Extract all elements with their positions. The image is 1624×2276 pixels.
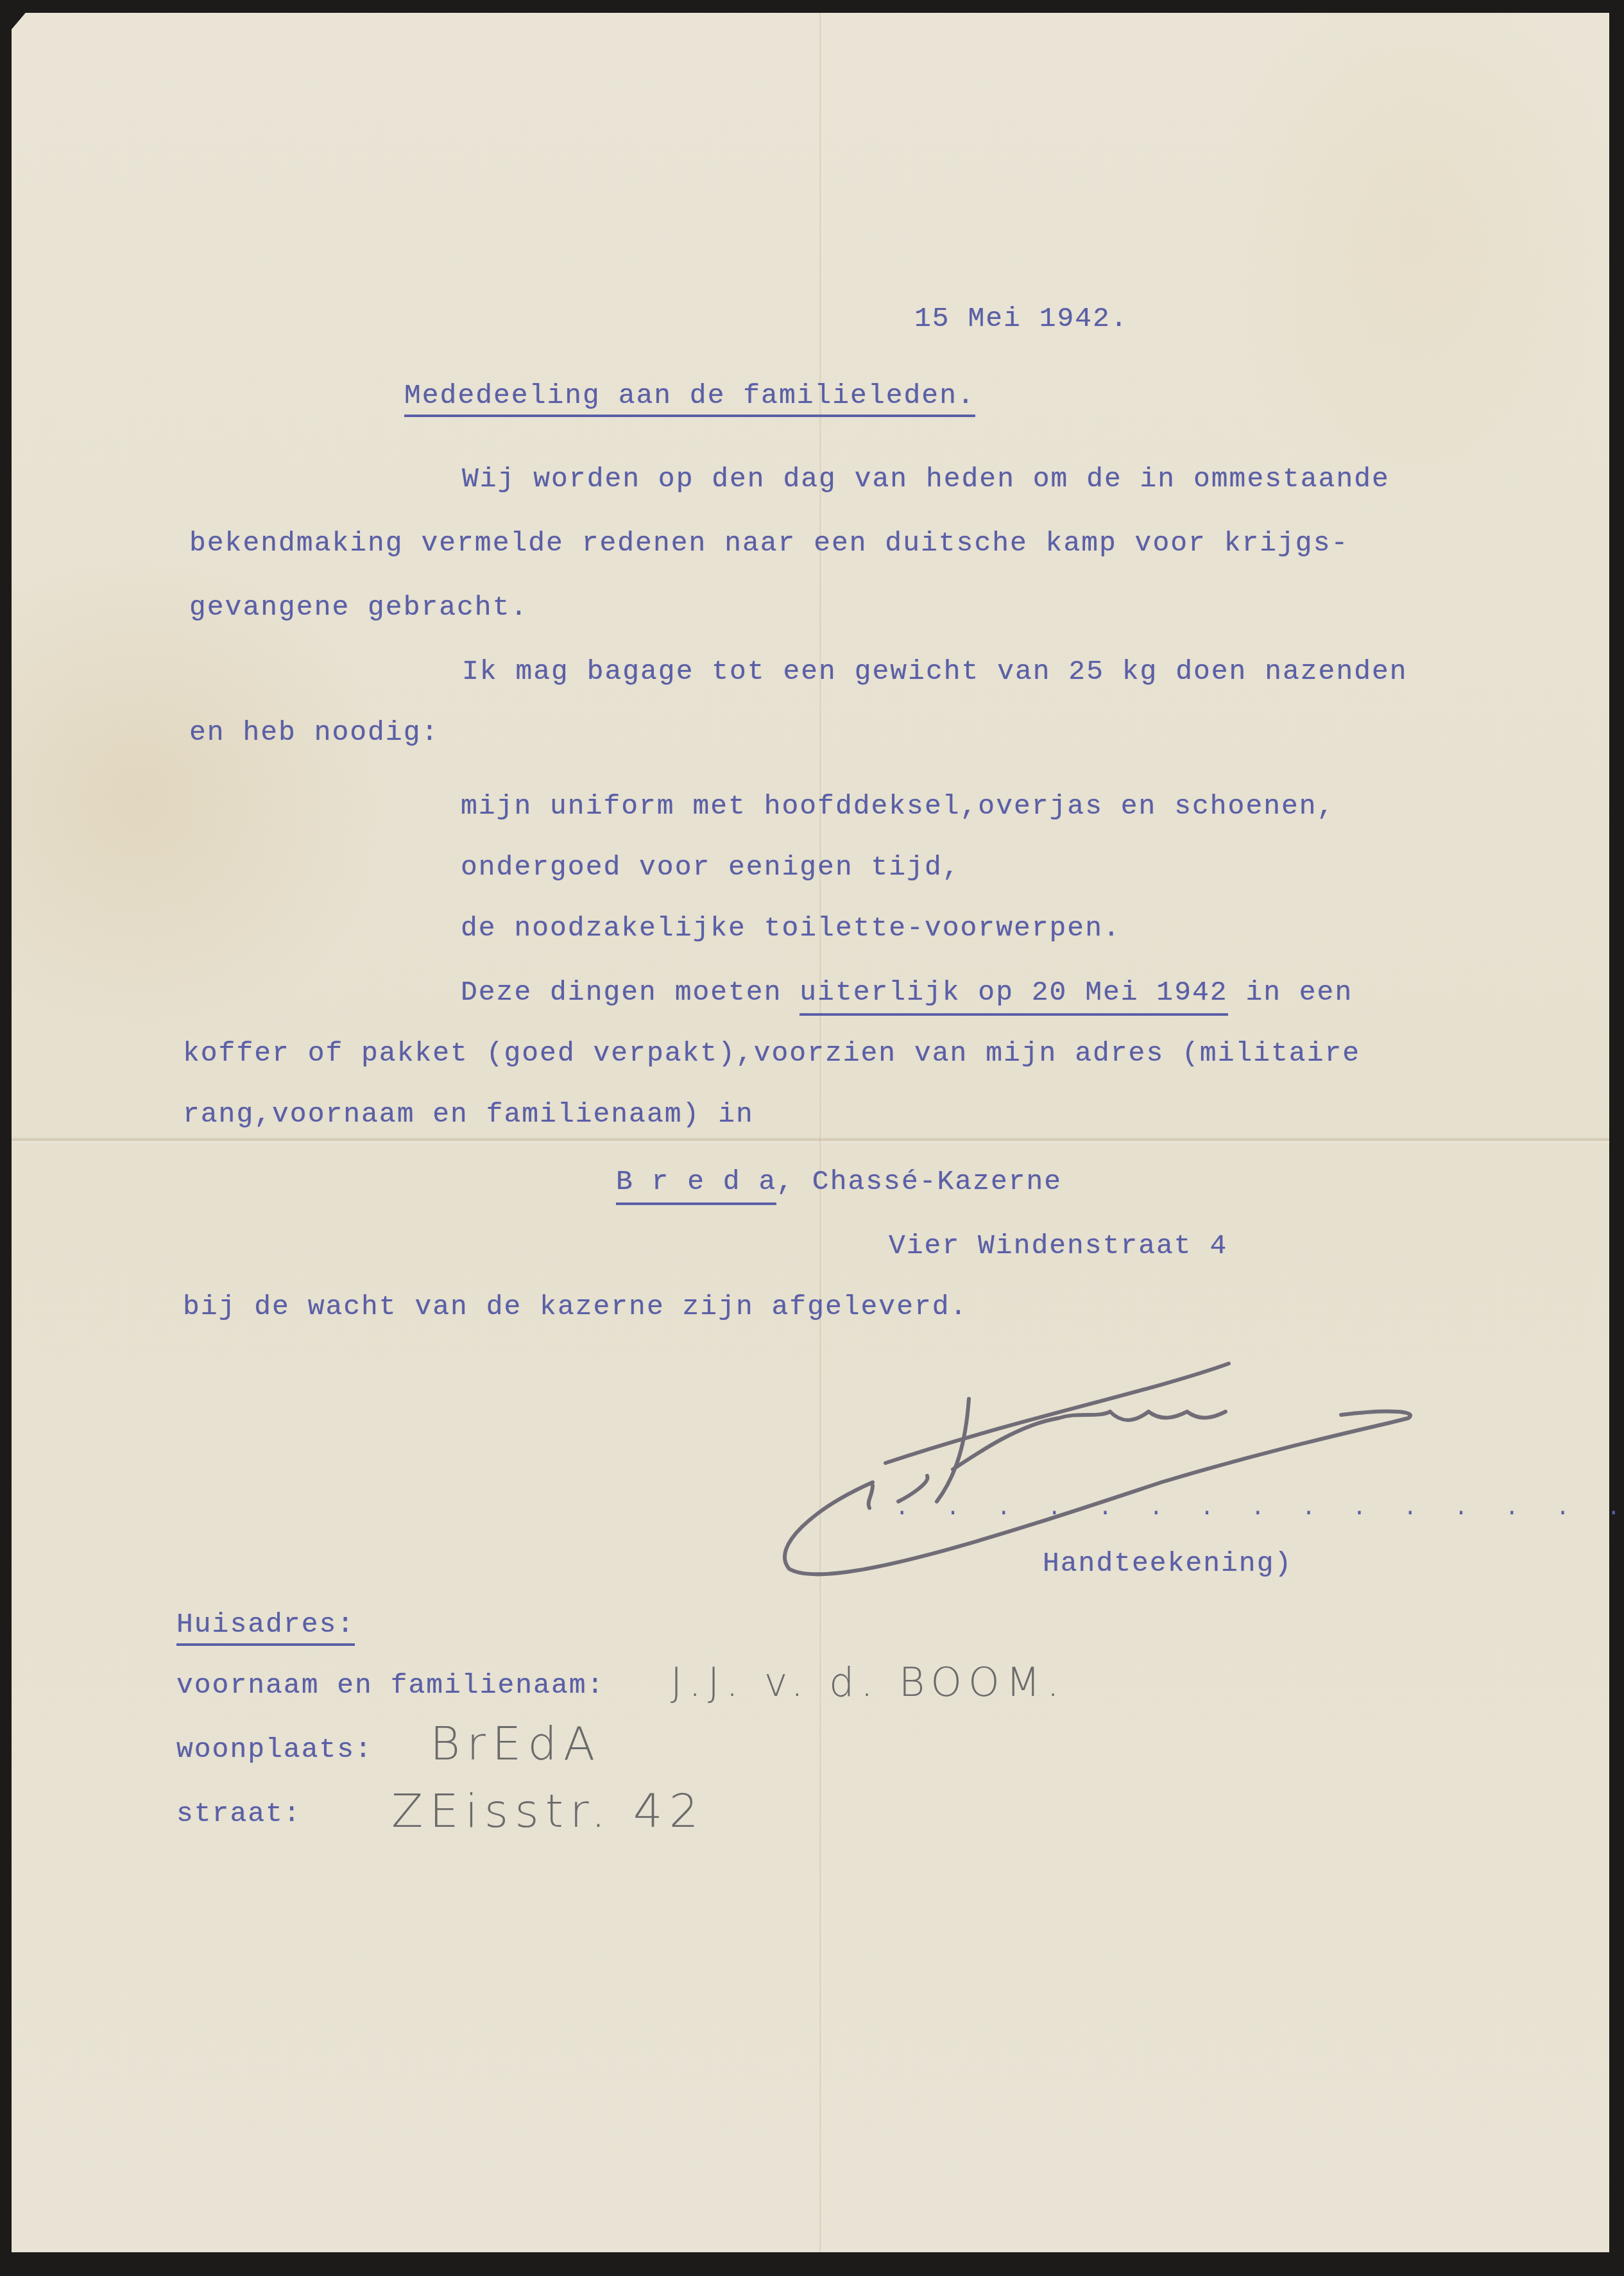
signature-label: Handteekening) <box>1043 1550 1292 1577</box>
letter-date: 15 Mei 1942. <box>914 305 1129 332</box>
letter-paper <box>12 13 1609 2252</box>
signature-dotted-line: . . . . . . . . . . . . . . . <box>895 1495 1624 1521</box>
address-city: B r e d a <box>616 1166 776 1205</box>
paragraph1-line2: bekendmaking vermelde redenen naar een d… <box>189 529 1349 557</box>
paragraph3-prefix: Deze dingen moeten <box>461 977 799 1008</box>
field-label-city: woonplaats: <box>176 1736 373 1763</box>
home-address-heading: Huisadres: <box>176 1611 355 1646</box>
closing-line: bij de wacht van de kazerne zijn afgelev… <box>183 1293 968 1321</box>
paragraph1-line3: gevangene gebracht. <box>189 594 528 621</box>
field-label-street: straat: <box>176 1800 302 1827</box>
address-street: Vier Windenstraat 4 <box>889 1232 1227 1260</box>
letter-title: Mededeeling aan de familieleden. <box>404 382 975 417</box>
paragraph2-line2: en heb noodig: <box>189 719 439 746</box>
paragraph2-line1: Ik mag bagage tot een gewicht van 25 kg … <box>462 658 1408 685</box>
paragraph3-line2: koffer of pakket (goed verpakt),voorzien… <box>183 1040 1360 1067</box>
field-value-street: ZEisstr. 42 <box>391 1784 705 1838</box>
address-barracks: , Chassé-Kazerne <box>776 1166 1062 1197</box>
field-value-name: J.J. v. d. BOOM. <box>671 1659 1066 1706</box>
paragraph3-line3: rang,voornaam en familienaam) in <box>183 1100 754 1128</box>
paragraph1-line1: Wij worden op den dag van heden om de in… <box>462 465 1390 493</box>
paragraph3-line1: Deze dingen moeten uiterlijk op 20 Mei 1… <box>461 979 1353 1006</box>
deadline-underlined: uiterlijk op 20 Mei 1942 <box>799 977 1227 1016</box>
paragraph3-suffix: in een <box>1228 977 1353 1008</box>
address-line1: B r e d a, Chassé-Kazerne <box>616 1168 1062 1195</box>
list-item-underwear: ondergoed voor eenigen tijd, <box>461 853 961 881</box>
list-item-toiletries: de noodzakelijke toilette-voorwerpen. <box>461 914 1121 942</box>
horizontal-fold <box>12 1137 1609 1143</box>
list-item-uniform: mijn uniform met hoofddeksel,overjas en … <box>461 792 1335 820</box>
vertical-fold <box>819 13 823 2252</box>
field-value-city: BrEdA <box>430 1716 601 1770</box>
field-label-name: voornaam en familienaam: <box>176 1672 604 1699</box>
